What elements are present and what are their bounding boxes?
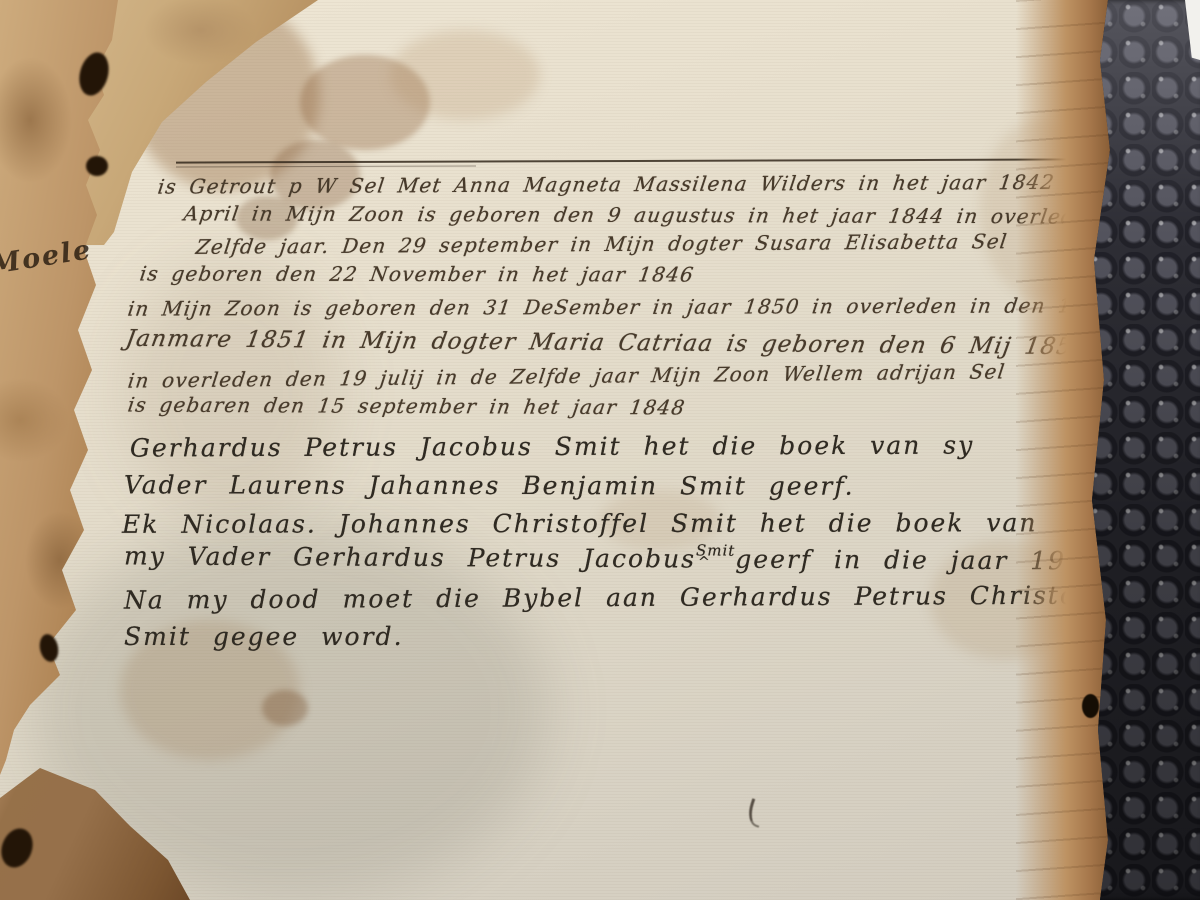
handwritten-line: Vader Laurens Jahannes Benjamin Smit gee… <box>124 470 855 500</box>
handwritten-line: Na my dood moet die Bybel aan Gerhardus … <box>124 580 1126 614</box>
handwritten-line: my Vader Gerhardus Petrus JacobusSmit^ge… <box>124 541 1112 575</box>
torn-gap <box>86 156 108 176</box>
caret-mark: ^ <box>698 554 712 570</box>
wear-hole <box>1082 694 1099 718</box>
photo-of-handwritten-register: is Getrout p W Sel Met Anna Magneta Mass… <box>0 0 1200 900</box>
water-stain <box>262 690 308 726</box>
handwritten-line: Smit gegee word. <box>124 622 404 651</box>
water-stain <box>390 30 540 120</box>
line-text: my Vader Gerhardus Petrus Jacobus <box>124 541 696 573</box>
handwritten-line: in Mijn Zoon is geboren den 31 DeSember … <box>126 293 1074 320</box>
handwritten-line: is gebaren den 15 september in het jaar … <box>126 393 687 420</box>
inserted-word-stack: Smit^ <box>696 544 735 573</box>
handwritten-line: April in Mijn Zoon is geboren den 9 augu… <box>182 201 1143 228</box>
handwritten-line: Gerhardus Petrus Jacobus Smit het die bo… <box>130 431 974 463</box>
handwritten-line: is geboren den 22 November in het jaar 1… <box>138 262 696 287</box>
handwritten-line: Ek Nicolaas. Johannes Christoffel Smit h… <box>122 508 1038 539</box>
